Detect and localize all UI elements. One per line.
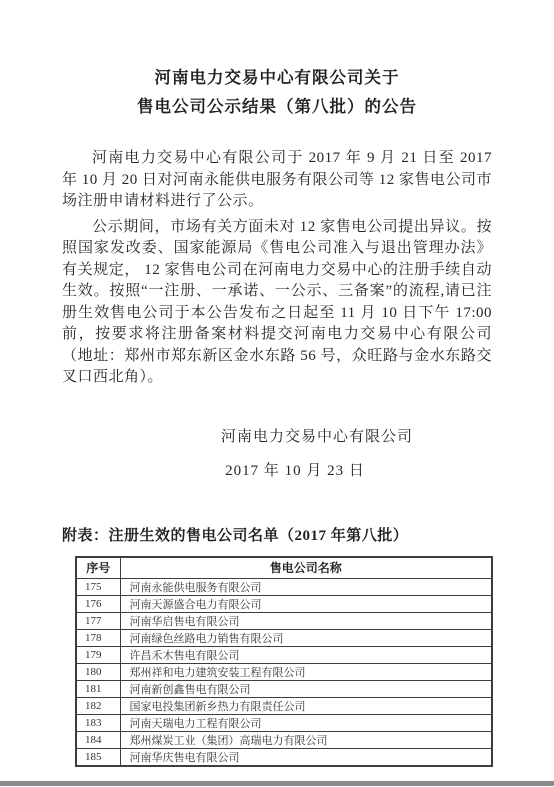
company-name-cell: 郑州祥和电力建筑安装工程有限公司 (120, 663, 492, 680)
serial-number-cell: 178 (76, 629, 120, 646)
body-paragraph-2: 公示期间，市场有关方面未对 12 家售电公司提出异议。按照国家发改委、国家能源局… (62, 217, 492, 389)
table-row: 180郑州祥和电力建筑安装工程有限公司 (76, 663, 492, 680)
serial-number-cell: 183 (76, 714, 120, 731)
table-row: 178河南绿色丝路电力销售有限公司 (76, 629, 492, 646)
table-row: 183河南天瑞电力工程有限公司 (76, 714, 492, 731)
header-company-name: 售电公司名称 (120, 557, 492, 579)
company-name-cell: 许昌禾木售电有限公司 (120, 646, 492, 663)
table-row: 182国家电投集团新乡热力有限责任公司 (76, 697, 492, 714)
document-title: 河南电力交易中心有限公司关于 售电公司公示结果（第八批）的公告 (62, 64, 492, 122)
serial-number-cell: 176 (76, 595, 120, 612)
serial-number-cell: 182 (76, 697, 120, 714)
company-name-cell: 河南永能供电服务有限公司 (120, 578, 492, 595)
bottom-gray-bar (0, 781, 554, 786)
serial-number-cell: 180 (76, 663, 120, 680)
table-row: 184郑州煤炭工业（集团）高瑞电力有限公司 (76, 731, 492, 748)
announcement-document: 河南电力交易中心有限公司关于 售电公司公示结果（第八批）的公告 河南电力交易中心… (0, 0, 554, 767)
company-name-cell: 国家电投集团新乡热力有限责任公司 (120, 697, 492, 714)
table-body: 175河南永能供电服务有限公司176河南天源盛合电力有限公司177河南华启售电有… (76, 578, 492, 766)
table-row: 179许昌禾木售电有限公司 (76, 646, 492, 663)
company-name-cell: 河南华启售电有限公司 (120, 612, 492, 629)
company-name-cell: 河南天源盛合电力有限公司 (120, 595, 492, 612)
company-name-cell: 郑州煤炭工业（集团）高瑞电力有限公司 (120, 731, 492, 748)
document-title-line1: 河南电力交易中心有限公司关于 (62, 64, 492, 93)
serial-number-cell: 179 (76, 646, 120, 663)
serial-number-cell: 181 (76, 680, 120, 697)
table-row: 176河南天源盛合电力有限公司 (76, 595, 492, 612)
issue-date: 2017 年 10 月 23 日 (62, 459, 492, 480)
serial-number-cell: 185 (76, 748, 120, 766)
header-serial-number: 序号 (76, 557, 120, 579)
attachment-caption: 附表：注册生效的售电公司名单（2017 年第八批） (62, 524, 492, 545)
table-header-row: 序号 售电公司名称 (76, 557, 492, 579)
table-row: 175河南永能供电服务有限公司 (76, 578, 492, 595)
body-paragraph-1: 河南电力交易中心有限公司于 2017 年 9 月 21 日至 2017 年 10… (62, 148, 492, 213)
table-row: 181河南新创鑫售电有限公司 (76, 680, 492, 697)
document-title-line2: 售电公司公示结果（第八批）的公告 (62, 93, 492, 122)
registered-companies-table: 序号 售电公司名称 175河南永能供电服务有限公司176河南天源盛合电力有限公司… (75, 556, 493, 767)
serial-number-cell: 175 (76, 578, 120, 595)
issuer-signature: 河南电力交易中心有限公司 (62, 425, 492, 446)
table-row: 177河南华启售电有限公司 (76, 612, 492, 629)
company-name-cell: 河南新创鑫售电有限公司 (120, 680, 492, 697)
company-name-cell: 河南天瑞电力工程有限公司 (120, 714, 492, 731)
table-row: 185河南华庆售电有限公司 (76, 748, 492, 766)
company-name-cell: 河南绿色丝路电力销售有限公司 (120, 629, 492, 646)
company-name-cell: 河南华庆售电有限公司 (120, 748, 492, 766)
serial-number-cell: 184 (76, 731, 120, 748)
serial-number-cell: 177 (76, 612, 120, 629)
